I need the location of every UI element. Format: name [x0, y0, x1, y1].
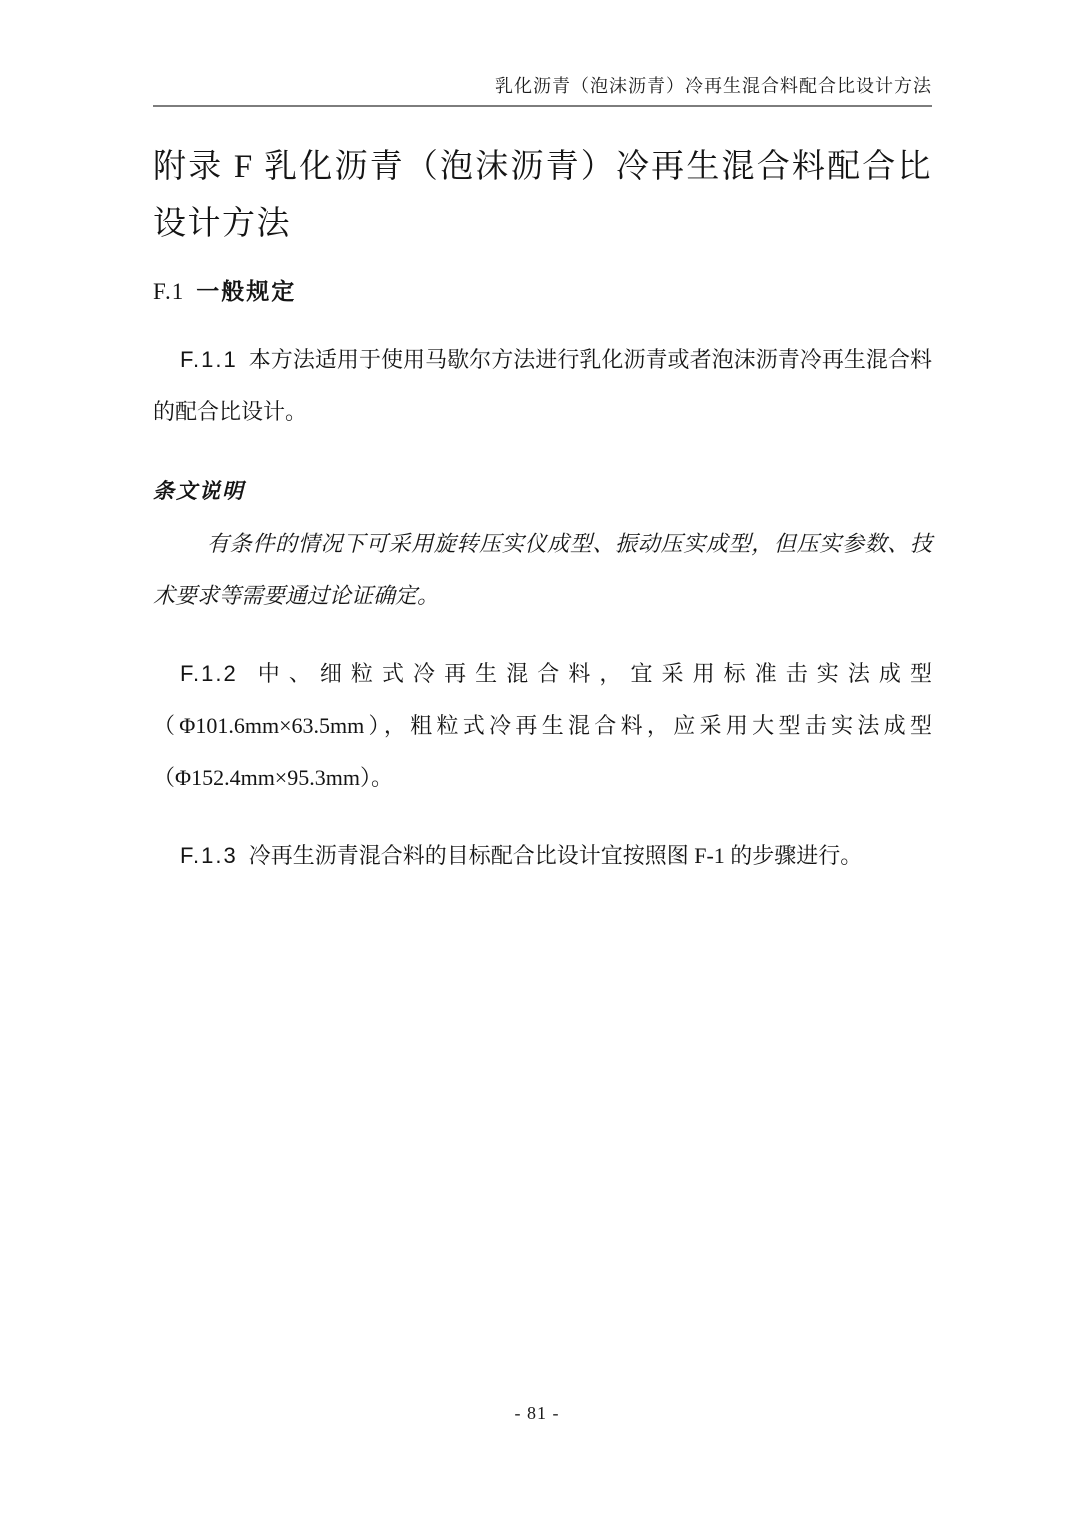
page-number: - 81 - — [515, 1403, 560, 1424]
header-rule — [153, 105, 932, 107]
appendix-title: 附录 F 乳化沥青（泡沫沥青）冷再生混合料配合比设计方法 — [153, 139, 932, 253]
page-content: 乳化沥青（泡沫沥青）冷再生混合料配合比设计方法 附录 F 乳化沥青（泡沫沥青）冷… — [153, 0, 932, 882]
clause-number: F.1.1 — [180, 347, 238, 372]
running-header: 乳化沥青（泡沫沥青）冷再生混合料配合比设计方法 — [153, 72, 932, 98]
clause-text: 本方法适用于使用马歇尔方法进行乳化沥青或者泡沫沥青冷再生混合料的配合比设计。 — [153, 347, 932, 424]
clause-f-1-2: F.1.2中、细粒式冷再生混合料，宜采用标准击实法成型（Φ101.6mm×63.… — [153, 648, 932, 804]
clause-text: 冷再生沥青混合料的目标配合比设计宜按照图 F-1 的步骤进行。 — [249, 843, 863, 868]
clause-number: F.1.2 — [180, 661, 238, 686]
section-label: 一般规定 — [196, 278, 296, 304]
clause-text: 中、细粒式冷再生混合料，宜采用标准击实法成型（Φ101.6mm×63.5mm），… — [153, 661, 932, 790]
clause-f-1-3: F.1.3冷再生沥青混合料的目标配合比设计宜按照图 F-1 的步骤进行。 — [153, 830, 932, 882]
page-footer: - 81 - — [0, 1403, 1074, 1424]
section-number: F.1 — [153, 279, 184, 304]
clause-number: F.1.3 — [180, 843, 238, 868]
commentary-block: 条文说明 有条件的情况下可采用旋转压实仪成型、振动压实成型，但压实参数、技术要求… — [153, 476, 932, 622]
commentary-text: 有条件的情况下可采用旋转压实仪成型、振动压实成型，但压实参数、技术要求等需要通过… — [153, 518, 932, 622]
commentary-heading: 条文说明 — [153, 476, 932, 506]
document-page: 乳化沥青（泡沫沥青）冷再生混合料配合比设计方法 附录 F 乳化沥青（泡沫沥青）冷… — [0, 0, 1074, 1520]
section-heading: F.1一般规定 — [153, 275, 932, 308]
clause-f-1-1: F.1.1本方法适用于使用马歇尔方法进行乳化沥青或者泡沫沥青冷再生混合料的配合比… — [153, 334, 932, 438]
